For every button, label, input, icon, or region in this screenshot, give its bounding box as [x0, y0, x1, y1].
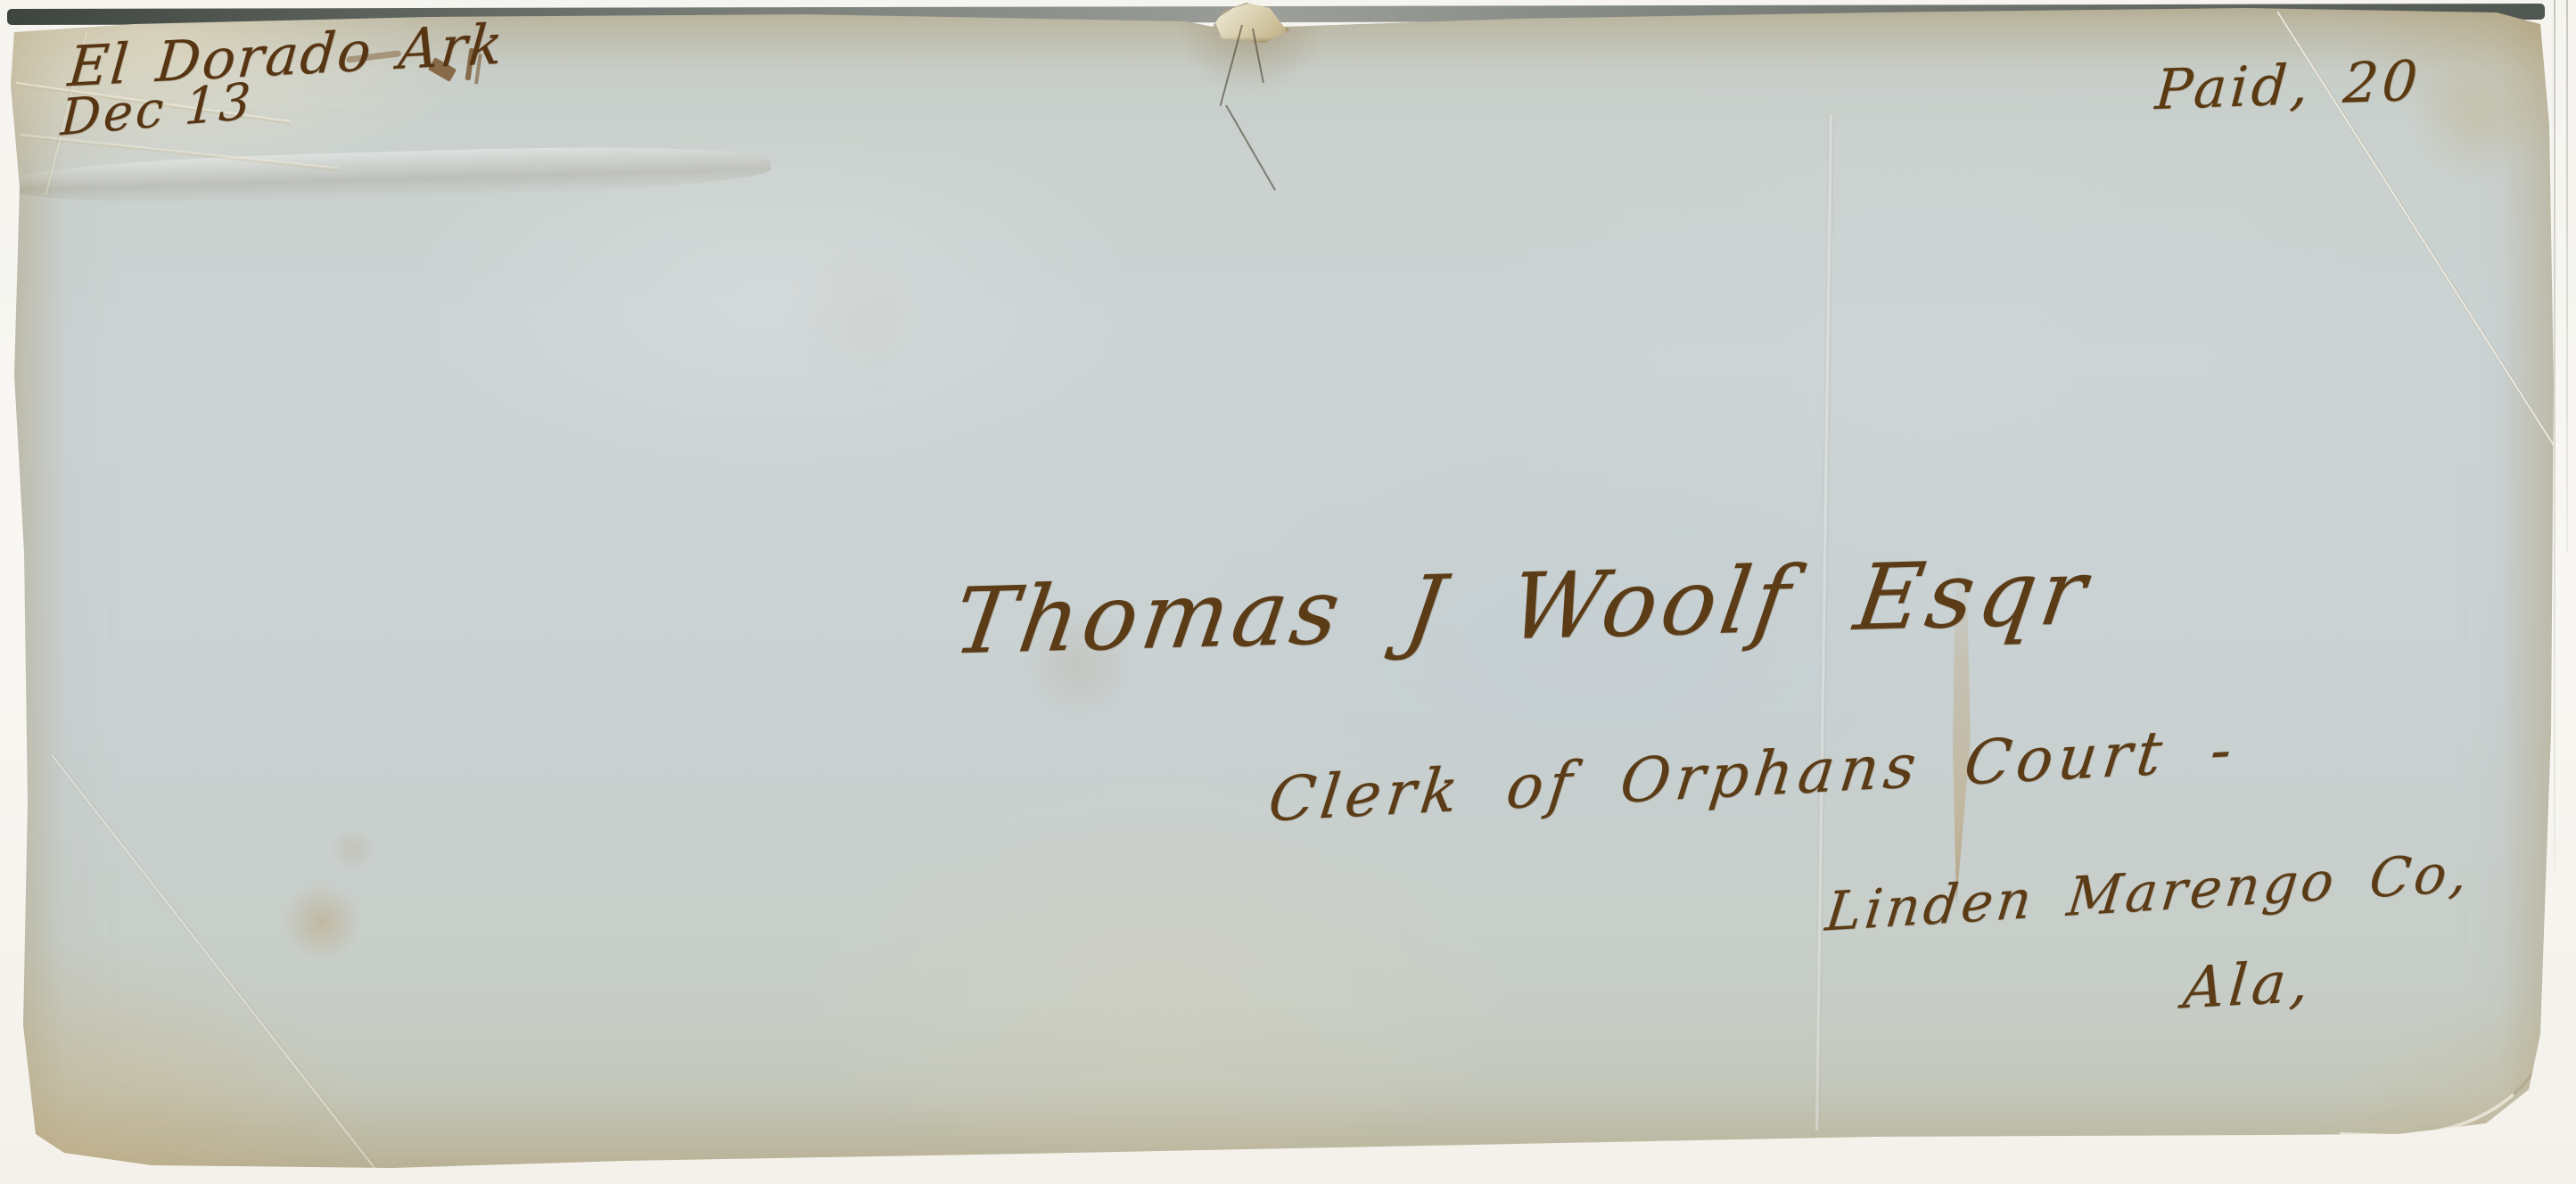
fold-crease — [12, 141, 771, 209]
stain — [281, 884, 363, 959]
stain — [767, 250, 963, 392]
scan-canvas: El Dorado Ark Dec 13 Paid, 20 Thomas J W… — [0, 0, 2576, 1184]
address-line-state: Ala, — [2180, 949, 2316, 1022]
address-line-title: Clerk of Orphans Court - — [1264, 714, 2241, 835]
diagonal-crease — [50, 753, 383, 1178]
scanner-edge-line — [2554, 0, 2555, 874]
scanner-edge-line — [2566, 0, 2568, 553]
tear-crack — [1225, 105, 1276, 191]
envelope: El Dorado Ark Dec 13 Paid, 20 Thomas J W… — [0, 0, 2576, 1184]
address-line-town-county: Linden Marengo Co, — [1823, 842, 2474, 944]
paid-rate-marking: Paid, 20 — [2153, 48, 2424, 123]
address-line-recipient: Thomas J Woolf Esqr — [947, 539, 2097, 676]
stain — [328, 829, 378, 868]
stain — [2407, 53, 2541, 187]
corner-crease — [2340, 981, 2553, 1143]
